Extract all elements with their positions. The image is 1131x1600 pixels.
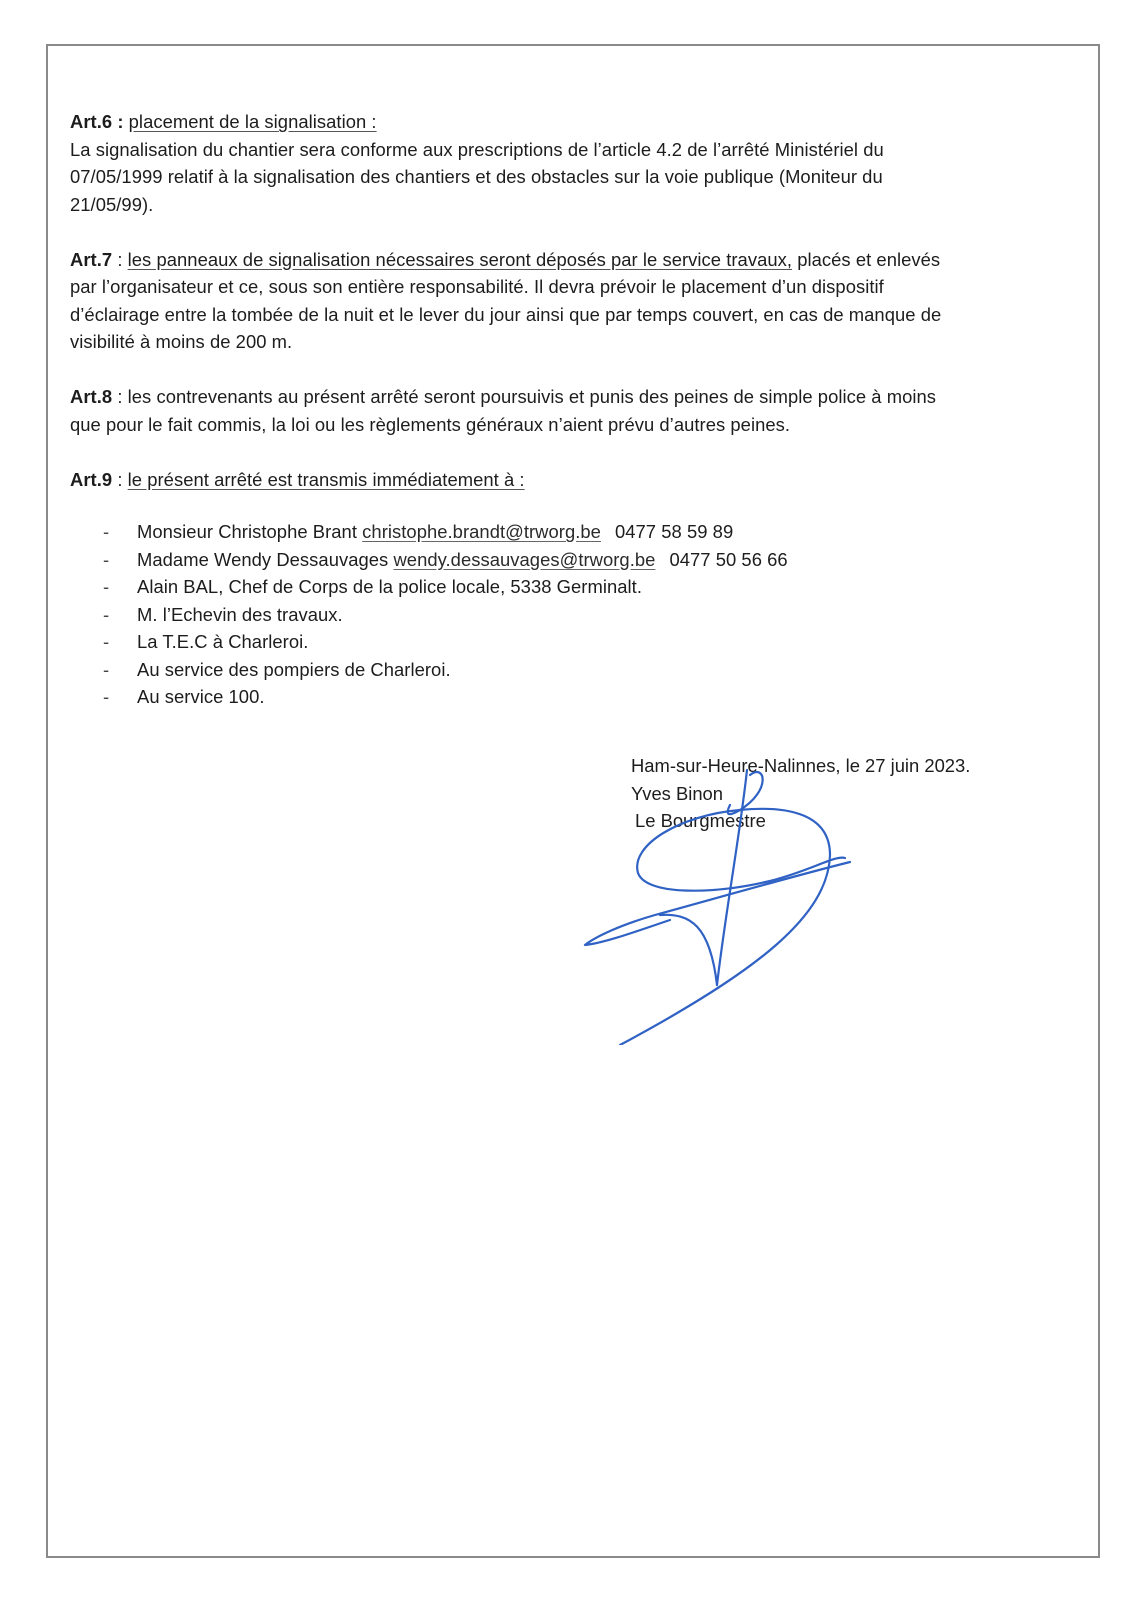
article-heading: le présent arrêté est transmis immédiate… bbox=[128, 469, 525, 490]
signatory-name: Yves Binon bbox=[631, 780, 970, 808]
dash-bullet-icon: - bbox=[103, 546, 109, 574]
article-label: Art.9 bbox=[70, 469, 112, 490]
recipient-phone: 0477 58 59 89 bbox=[615, 521, 733, 542]
signature-block: Ham-sur-Heure-Nalinnes, le 27 juin 2023.… bbox=[631, 752, 970, 835]
recipient-text: Alain BAL, Chef de Corps de la police lo… bbox=[137, 576, 642, 597]
document-body: Art.6 : placement de la signalisation : … bbox=[70, 108, 1060, 711]
article-label: Art.7 bbox=[70, 249, 112, 270]
article-separator: : bbox=[112, 386, 127, 407]
dash-bullet-icon: - bbox=[103, 628, 109, 656]
article-6-heading-line: Art.6 : placement de la signalisation : bbox=[70, 108, 1060, 136]
article-8-first-line: Art.8 : les contrevenants au présent arr… bbox=[70, 383, 1060, 411]
recipient-phone: 0477 50 56 66 bbox=[669, 549, 787, 570]
article-first-line-text: les contrevenants au présent arrêté sero… bbox=[128, 386, 936, 407]
recipient-list: - Monsieur Christophe Brant christophe.b… bbox=[70, 518, 1060, 711]
article-7: Art.7 : les panneaux de signalisation né… bbox=[70, 246, 1060, 356]
article-separator: : bbox=[112, 249, 127, 270]
article-8: Art.8 : les contrevenants au présent arr… bbox=[70, 383, 1060, 438]
recipient-name: Madame Wendy Dessauvages bbox=[137, 549, 393, 570]
recipient-text: La T.E.C à Charleroi. bbox=[137, 631, 308, 652]
article-body-line: La signalisation du chantier sera confor… bbox=[70, 136, 1060, 164]
recipient-item: - Au service 100. bbox=[70, 683, 1060, 711]
dash-bullet-icon: - bbox=[103, 518, 109, 546]
article-body-line: que pour le fait commis, la loi ou les r… bbox=[70, 411, 1060, 439]
article-separator: : bbox=[112, 111, 129, 132]
article-9-heading-line: Art.9 : le présent arrêté est transmis i… bbox=[70, 466, 1060, 494]
recipient-item: - La T.E.C à Charleroi. bbox=[70, 628, 1060, 656]
recipient-item: - Madame Wendy Dessauvages wendy.dessauv… bbox=[70, 546, 1060, 574]
article-7-heading-line: Art.7 : les panneaux de signalisation né… bbox=[70, 246, 1060, 274]
article-heading-tail: placés et enlevés bbox=[792, 249, 940, 270]
article-body-line: visibilité à moins de 200 m. bbox=[70, 328, 1060, 356]
article-9: Art.9 : le présent arrêté est transmis i… bbox=[70, 466, 1060, 711]
recipient-email-link[interactable]: wendy.dessauvages@trworg.be bbox=[393, 549, 655, 570]
article-body-line: 21/05/99). bbox=[70, 191, 1060, 219]
recipient-item: - Monsieur Christophe Brant christophe.b… bbox=[70, 518, 1060, 546]
signatory-title: Le Bourgmestre bbox=[631, 807, 970, 835]
article-label: Art.6 bbox=[70, 111, 112, 132]
recipient-text: Au service des pompiers de Charleroi. bbox=[137, 659, 451, 680]
recipient-item: - Au service des pompiers de Charleroi. bbox=[70, 656, 1060, 684]
article-body-line: par l’organisateur et ce, sous son entiè… bbox=[70, 273, 1060, 301]
article-heading: placement de la signalisation : bbox=[129, 111, 377, 132]
recipient-text: Au service 100. bbox=[137, 686, 265, 707]
article-6: Art.6 : placement de la signalisation : … bbox=[70, 108, 1060, 218]
recipient-item: - M. l’Echevin des travaux. bbox=[70, 601, 1060, 629]
recipient-name: Monsieur Christophe Brant bbox=[137, 521, 362, 542]
recipient-email-link[interactable]: christophe.brandt@trworg.be bbox=[362, 521, 601, 542]
article-label: Art.8 bbox=[70, 386, 112, 407]
dash-bullet-icon: - bbox=[103, 683, 109, 711]
place-and-date: Ham-sur-Heure-Nalinnes, le 27 juin 2023. bbox=[631, 752, 970, 780]
dash-bullet-icon: - bbox=[103, 656, 109, 684]
article-body-line: 07/05/1999 relatif à la signalisation de… bbox=[70, 163, 1060, 191]
recipient-item: - Alain BAL, Chef de Corps de la police … bbox=[70, 573, 1060, 601]
recipient-text: M. l’Echevin des travaux. bbox=[137, 604, 343, 625]
dash-bullet-icon: - bbox=[103, 573, 109, 601]
article-body-line: d’éclairage entre la tombée de la nuit e… bbox=[70, 301, 1060, 329]
article-separator: : bbox=[112, 469, 127, 490]
dash-bullet-icon: - bbox=[103, 601, 109, 629]
article-heading: les panneaux de signalisation nécessaire… bbox=[128, 249, 792, 270]
